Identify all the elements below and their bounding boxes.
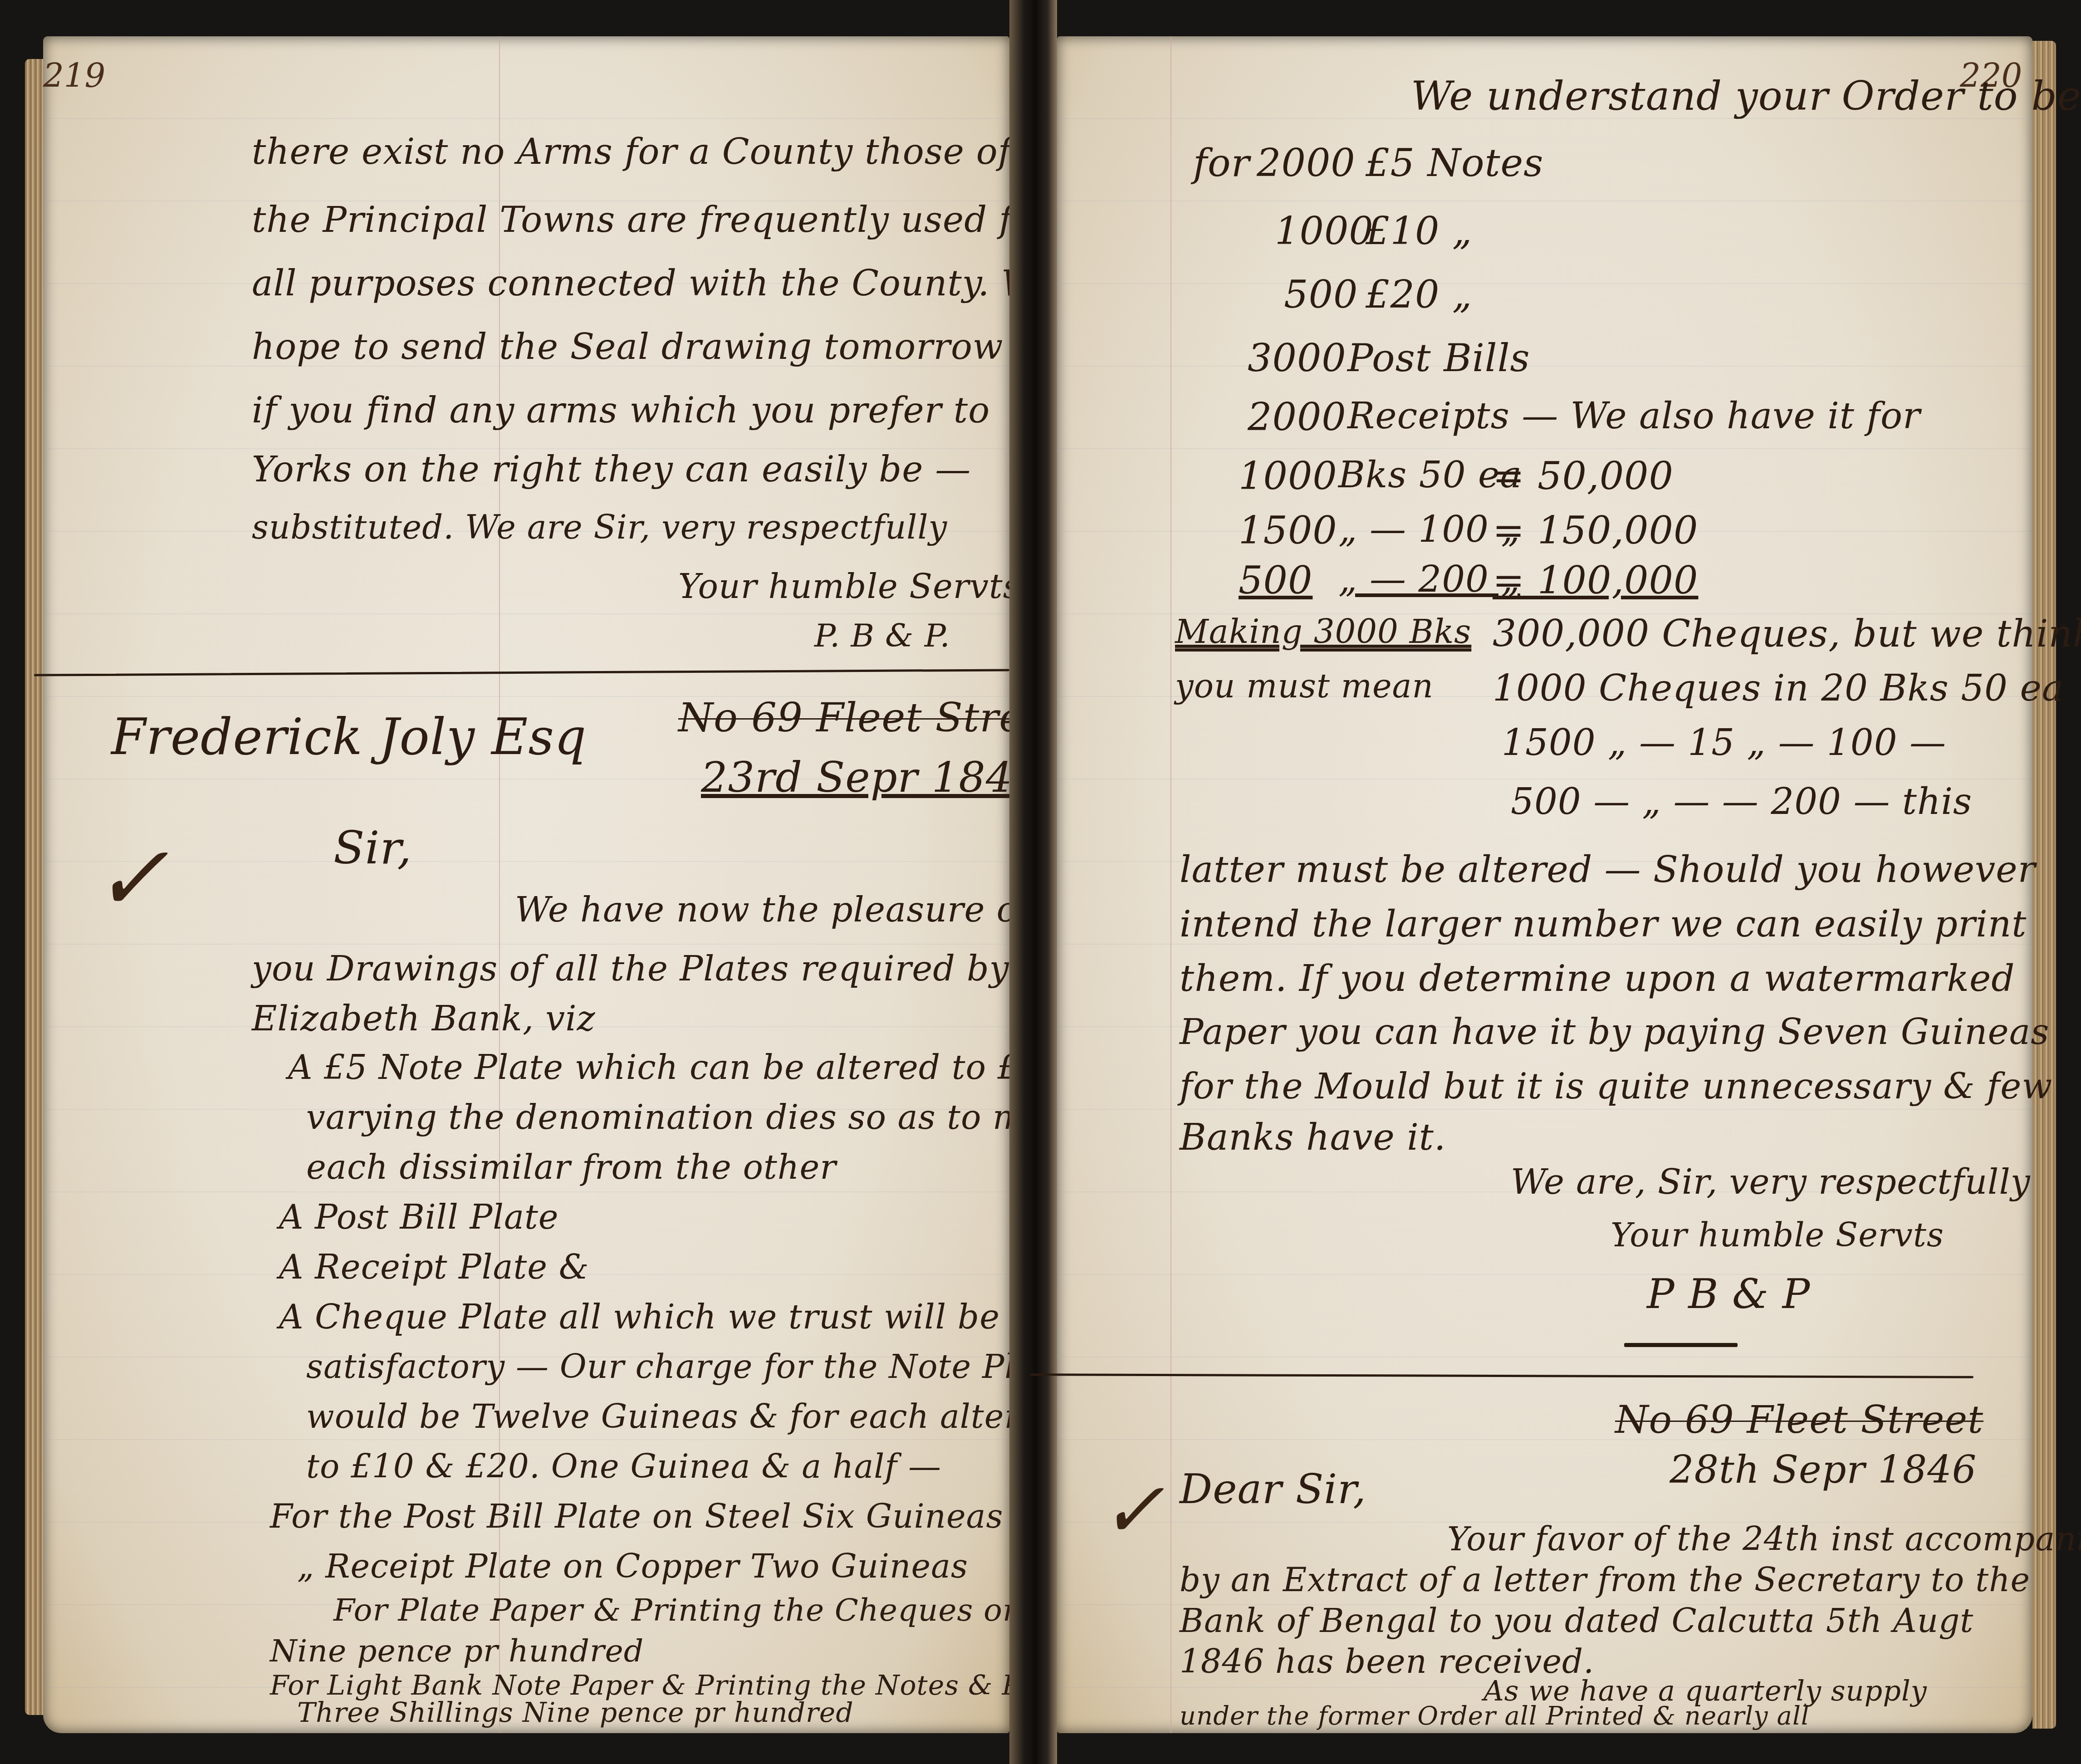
order-qty: 1000 bbox=[1275, 209, 1374, 253]
letter-line: hope to send the Seal drawing tomorrow & bbox=[252, 327, 1047, 367]
ledger-scan: 219 there exist no Arms for a County tho… bbox=[0, 0, 2081, 1764]
letter-line: them. If you determine upon a watermarke… bbox=[1180, 957, 2015, 1000]
order-intro: We understand your Order to be bbox=[1411, 73, 2081, 119]
letter-line: Your favor of the 24th inst accompanied bbox=[1447, 1520, 2081, 1558]
letter-date: 28th Sepr 1846 bbox=[1670, 1447, 1977, 1492]
letter-line: For the Post Bill Plate on Steel Six Gui… bbox=[270, 1497, 1043, 1535]
letter-line: varying the denomination dies so as to m… bbox=[306, 1098, 1087, 1137]
letter-line: each dissimilar from the other bbox=[306, 1148, 837, 1187]
letter-line: intend the larger number we can easily p… bbox=[1180, 903, 2027, 945]
cheque-book-total: = 150,000 bbox=[1493, 508, 1698, 553]
check-mark-icon: ✓ bbox=[1100, 1465, 1165, 1555]
letter-line: would be Twelve Guineas & for each alter… bbox=[306, 1397, 1106, 1436]
cheque-book-qty: 500 bbox=[1239, 558, 1312, 603]
letter-signature: P. B & P. bbox=[814, 617, 950, 654]
order-qty: 2000 bbox=[1257, 141, 1356, 185]
letter-closing: Your humble Servts bbox=[1611, 1216, 1944, 1254]
cheque-book-total: = 100,000 bbox=[1493, 558, 1698, 603]
correction-line: 1000 Cheques in 20 Bks 50 ea bbox=[1493, 667, 2064, 709]
correction-line: 500 — „ — — 200 — this bbox=[1511, 780, 1972, 823]
letter-closing: We are, Sir, very respectfully bbox=[1511, 1161, 2031, 1202]
letter-line: by an Extract of a letter from the Secre… bbox=[1180, 1561, 2030, 1599]
letter-line: „ Receipt Plate on Copper Two Guineas bbox=[297, 1547, 968, 1585]
letter-closing: Your humble Servts bbox=[678, 567, 1021, 606]
order-item: £10 „ bbox=[1366, 209, 1473, 253]
letter-line: Bank of Bengal to you dated Calcutta 5th… bbox=[1180, 1602, 1973, 1640]
left-page: 219 there exist no Arms for a County tho… bbox=[43, 36, 1009, 1733]
check-mark-icon: ✓ bbox=[93, 826, 169, 931]
letter-line: if you find any arms which you prefer to bbox=[252, 390, 990, 431]
letter-line: Paper you can have it by paying Seven Gu… bbox=[1180, 1012, 2049, 1053]
order-item: £20 „ bbox=[1366, 272, 1473, 317]
letter-line: there exist no Arms for a County those o… bbox=[252, 132, 1012, 172]
order-item: Post Bills bbox=[1347, 336, 1530, 380]
order-item: Receipts — We also have it for bbox=[1347, 395, 1920, 437]
right-margin-rule bbox=[1170, 36, 1171, 1733]
letter-line: A Cheque Plate all which we trust will b… bbox=[279, 1298, 1000, 1337]
letter-line: to £10 & £20. One Guinea & a half — bbox=[306, 1447, 941, 1485]
left-page-stack-edge bbox=[25, 59, 45, 1715]
letter-line: A Receipt Plate & bbox=[279, 1248, 589, 1287]
correction-line: 1500 „ — 15 „ — 100 — bbox=[1502, 721, 1946, 764]
letter-line: Nine pence pr hundred bbox=[270, 1633, 644, 1669]
page-number-left: 219 bbox=[43, 57, 105, 95]
letter-address: No 69 Fleet Street bbox=[678, 694, 1064, 741]
letter-line: Three Shillings Nine pence pr hundred bbox=[297, 1697, 854, 1729]
book-gutter bbox=[1009, 0, 1057, 1764]
letter-line: substituted. We are Sir, very respectful… bbox=[252, 508, 947, 546]
letter-line: under the former Order all Printed & nea… bbox=[1180, 1701, 1810, 1731]
order-qty: 2000 bbox=[1248, 395, 1347, 439]
letter-line: Banks have it. bbox=[1180, 1116, 1446, 1158]
order-item: £5 Notes bbox=[1366, 141, 1543, 185]
cheque-book-qty: 1000 bbox=[1239, 454, 1337, 498]
making-total-value: 300,000 Cheques, but we think bbox=[1493, 612, 2081, 656]
letter-line: latter must be altered — Should you howe… bbox=[1180, 848, 2036, 891]
letter-line: Yorks on the right they can easily be — bbox=[252, 449, 971, 490]
letter-date: 23rd Sepr 1846 bbox=[701, 753, 1040, 802]
letter-line: the Principal Towns are frequently used … bbox=[252, 200, 1052, 240]
cheque-book-total: = 50,000 bbox=[1493, 454, 1674, 498]
correction-label: you must mean bbox=[1175, 667, 1434, 705]
letter-line: Elizabeth Bank, viz bbox=[252, 998, 595, 1039]
letter-salutation: Dear Sir, bbox=[1180, 1465, 1366, 1513]
signature-underline bbox=[1624, 1343, 1738, 1347]
order-qty: 500 bbox=[1284, 272, 1358, 317]
cheque-book-qty: 1500 bbox=[1239, 508, 1337, 553]
letter-salutation: Sir, bbox=[333, 821, 412, 874]
letter-address: No 69 Fleet Street bbox=[1615, 1397, 1983, 1442]
letter-line: all purposes connected with the County. … bbox=[252, 263, 1057, 304]
letter-addressee: Frederick Joly Esq bbox=[111, 708, 587, 766]
letter-separator-rule bbox=[34, 669, 1009, 676]
letter-signature: P B & P bbox=[1647, 1270, 1810, 1318]
letter-line: A Post Bill Plate bbox=[279, 1198, 559, 1237]
right-page-stack-edge bbox=[2032, 41, 2056, 1729]
order-qty: 3000 bbox=[1248, 336, 1347, 380]
making-total-label: Making 3000 Bks bbox=[1175, 612, 1471, 651]
letter-line: for the Mould but it is quite unnecessar… bbox=[1180, 1066, 2052, 1107]
right-page: 220 We understand your Order to be for 2… bbox=[1057, 36, 2032, 1733]
order-prefix: for bbox=[1193, 141, 1250, 185]
